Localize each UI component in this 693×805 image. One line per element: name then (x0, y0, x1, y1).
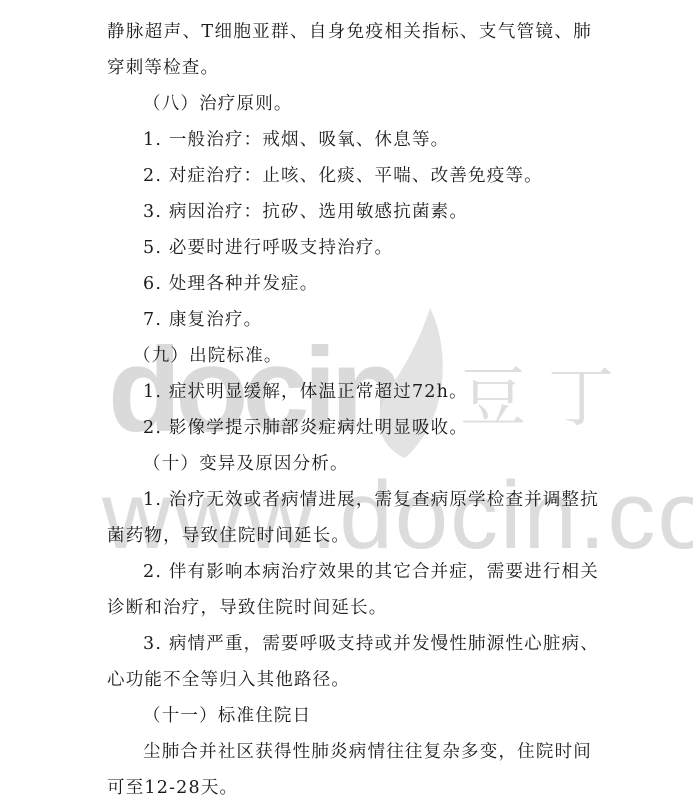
document-page: docin 豆丁 www.docin.com 静脉超声、T细胞亚群、自身免疫相关… (0, 0, 693, 805)
paragraph-line: 1. 治疗无效或者病情进展，需复查病原学检查并调整抗 (107, 482, 592, 518)
list-item: 1. 症状明显缓解，体温正常超过72h。 (107, 374, 592, 410)
section-heading-discharge-criteria: （九）出院标准。 (107, 338, 592, 374)
paragraph-line: 可至12-28天。 (107, 770, 592, 805)
list-item: 5. 必要时进行呼吸支持治疗。 (107, 230, 592, 266)
paragraph-line: 3. 病情严重，需要呼吸支持或并发慢性肺源性心脏病、 (107, 626, 592, 662)
section-heading-treatment-principles: （八）治疗原则。 (107, 86, 592, 122)
section-heading-standard-hospital-stay: （十一）标准住院日 (107, 698, 592, 734)
paragraph-line: 尘肺合并社区获得性肺炎病情往往复杂多变，住院时间 (107, 734, 592, 770)
list-item: 2. 对症治疗：止咳、化痰、平喘、改善免疫等。 (107, 158, 592, 194)
list-item: 1. 一般治疗：戒烟、吸氧、休息等。 (107, 122, 592, 158)
paragraph-line: 心功能不全等归入其他路径。 (107, 662, 592, 698)
section-heading-variation-analysis: （十）变异及原因分析。 (107, 446, 592, 482)
paragraph-line: 静脉超声、T细胞亚群、自身免疫相关指标、支气管镜、肺 (107, 14, 592, 50)
list-item: 6. 处理各种并发症。 (107, 266, 592, 302)
paragraph-line: 穿刺等检查。 (107, 50, 592, 86)
document-body: 静脉超声、T细胞亚群、自身免疫相关指标、支气管镜、肺 穿刺等检查。 （八）治疗原… (107, 14, 592, 805)
list-item: 3. 病因治疗：抗矽、选用敏感抗菌素。 (107, 194, 592, 230)
paragraph-line: 2. 伴有影响本病治疗效果的其它合并症，需要进行相关 (107, 554, 592, 590)
list-item: 7. 康复治疗。 (107, 302, 592, 338)
list-item: 2. 影像学提示肺部炎症病灶明显吸收。 (107, 410, 592, 446)
paragraph-line: 菌药物，导致住院时间延长。 (107, 518, 592, 554)
paragraph-line: 诊断和治疗，导致住院时间延长。 (107, 590, 592, 626)
